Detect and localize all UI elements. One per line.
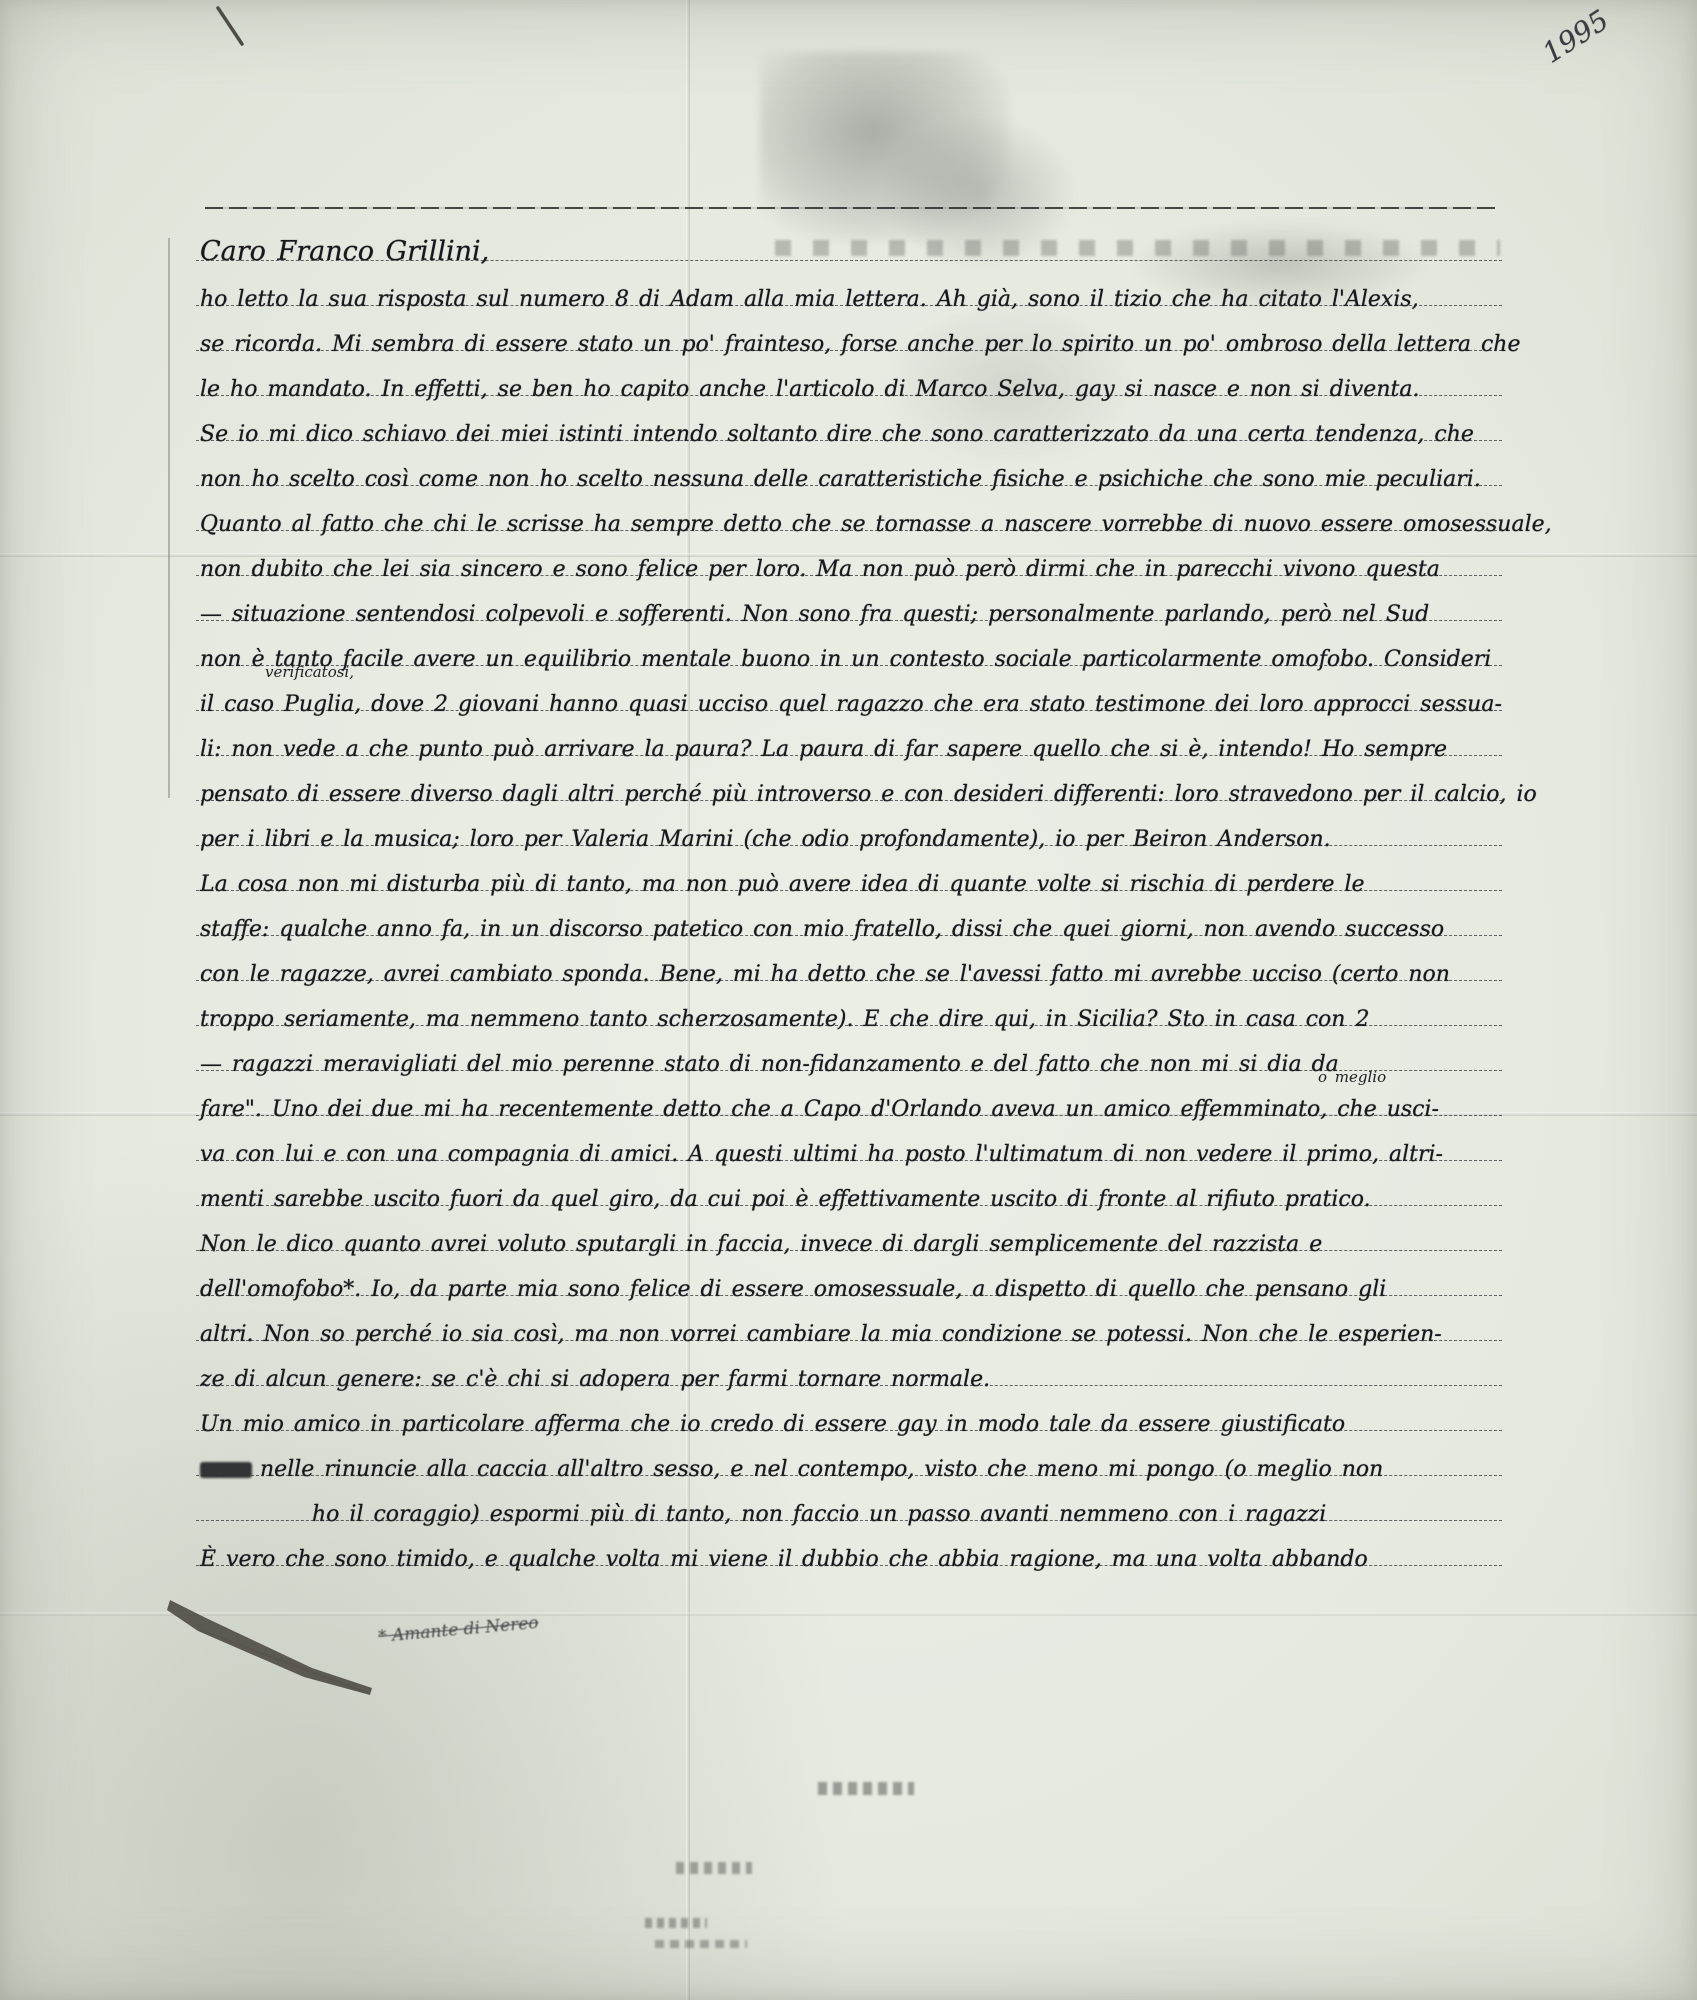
crossed-out-word bbox=[200, 1462, 252, 1478]
letter-line: Quanto al fatto che chi le scrisse ha se… bbox=[200, 487, 1500, 532]
letter-line: il caso Puglia, dove 2 giovani hanno qua… bbox=[200, 667, 1500, 712]
letter-line: fare". Uno dei due mi ha recentemente de… bbox=[200, 1072, 1500, 1117]
letter-line: Non le dico quanto avrei voluto sputargl… bbox=[200, 1207, 1500, 1252]
letter-line: altri. Non so perché io sia così, ma non… bbox=[200, 1297, 1500, 1342]
letter-line: nelle rinuncie alla caccia all'altro ses… bbox=[200, 1432, 1500, 1477]
letter-line: pensato di essere diverso dagli altri pe… bbox=[200, 757, 1500, 802]
letter-line: ho il coraggio) espormi più di tanto, no… bbox=[200, 1477, 1500, 1522]
letter-line: non dubito che lei sia sincero e sono fe… bbox=[200, 532, 1500, 577]
scanned-letter-page: 1995 Caro Franco Grillini, ho letto la s… bbox=[0, 0, 1697, 2000]
letter-line: se ricorda. Mi sembra di essere stato un… bbox=[200, 307, 1500, 352]
letter-line: va con lui e con una compagnia di amici.… bbox=[200, 1117, 1500, 1162]
pencil-smudge bbox=[645, 1918, 707, 1928]
letter-lines: ho letto la sua risposta sul numero 8 di… bbox=[200, 262, 1500, 1567]
letter-line: — ragazzi meravigliati del mio perenne s… bbox=[200, 1027, 1500, 1072]
inserted-word-above-line: o meglio bbox=[1318, 1068, 1386, 1086]
letter-line: È vero che sono timido, e qualche volta … bbox=[200, 1522, 1500, 1567]
letter-line: non è tanto facile avere un equilibrio m… bbox=[200, 622, 1500, 667]
letter-line: staffe: qualche anno fa, in un discorso … bbox=[200, 892, 1500, 937]
letter-line: dell'omofobo*. Io, da parte mia sono fel… bbox=[200, 1252, 1500, 1297]
letter-line: ho letto la sua risposta sul numero 8 di… bbox=[200, 262, 1500, 307]
letter-body: Caro Franco Grillini, ho letto la sua ri… bbox=[200, 212, 1500, 1567]
faded-ink-marks bbox=[775, 240, 1500, 256]
letter-line: non ho scelto così come non ho scelto ne… bbox=[200, 442, 1500, 487]
letter-line: Se io mi dico schiavo dei miei istinti i… bbox=[200, 397, 1500, 442]
ruled-line bbox=[205, 207, 1495, 209]
letter-line: li: non vede a che punto può arrivare la… bbox=[200, 712, 1500, 757]
letter-line: ze di alcun genere: se c'è chi si adoper… bbox=[200, 1342, 1500, 1387]
pencil-smudge bbox=[818, 1782, 914, 1795]
letter-line: troppo seriamente, ma nemmeno tanto sche… bbox=[200, 982, 1500, 1027]
letter-line: Un mio amico in particolare afferma che … bbox=[200, 1387, 1500, 1432]
paper-edge-line bbox=[168, 238, 170, 798]
letter-line: — situazione sentendosi colpevoli e soff… bbox=[200, 577, 1500, 622]
horizontal-fold-crease bbox=[0, 1612, 1697, 1616]
letter-line: per i libri e la musica; loro per Valeri… bbox=[200, 802, 1500, 847]
handwritten-text: È vero che sono timido, e qualche volta … bbox=[200, 1547, 1368, 1572]
letter-line: con le ragazze, avrei cambiato sponda. B… bbox=[200, 937, 1500, 982]
letter-line: le ho mandato. In effetti, se ben ho cap… bbox=[200, 352, 1500, 397]
year-annotation: 1995 bbox=[1537, 3, 1615, 69]
salutation-line: Caro Franco Grillini, bbox=[200, 212, 1500, 262]
inserted-word-above-line: verificatosi, bbox=[265, 663, 354, 681]
letter-line: La cosa non mi disturba più di tanto, ma… bbox=[200, 847, 1500, 892]
letter-line: menti sarebbe uscito fuori da quel giro,… bbox=[200, 1162, 1500, 1207]
pencil-smudge bbox=[655, 1940, 747, 1948]
footnote-struck-through: * Amante di Nereo bbox=[377, 1613, 539, 1647]
